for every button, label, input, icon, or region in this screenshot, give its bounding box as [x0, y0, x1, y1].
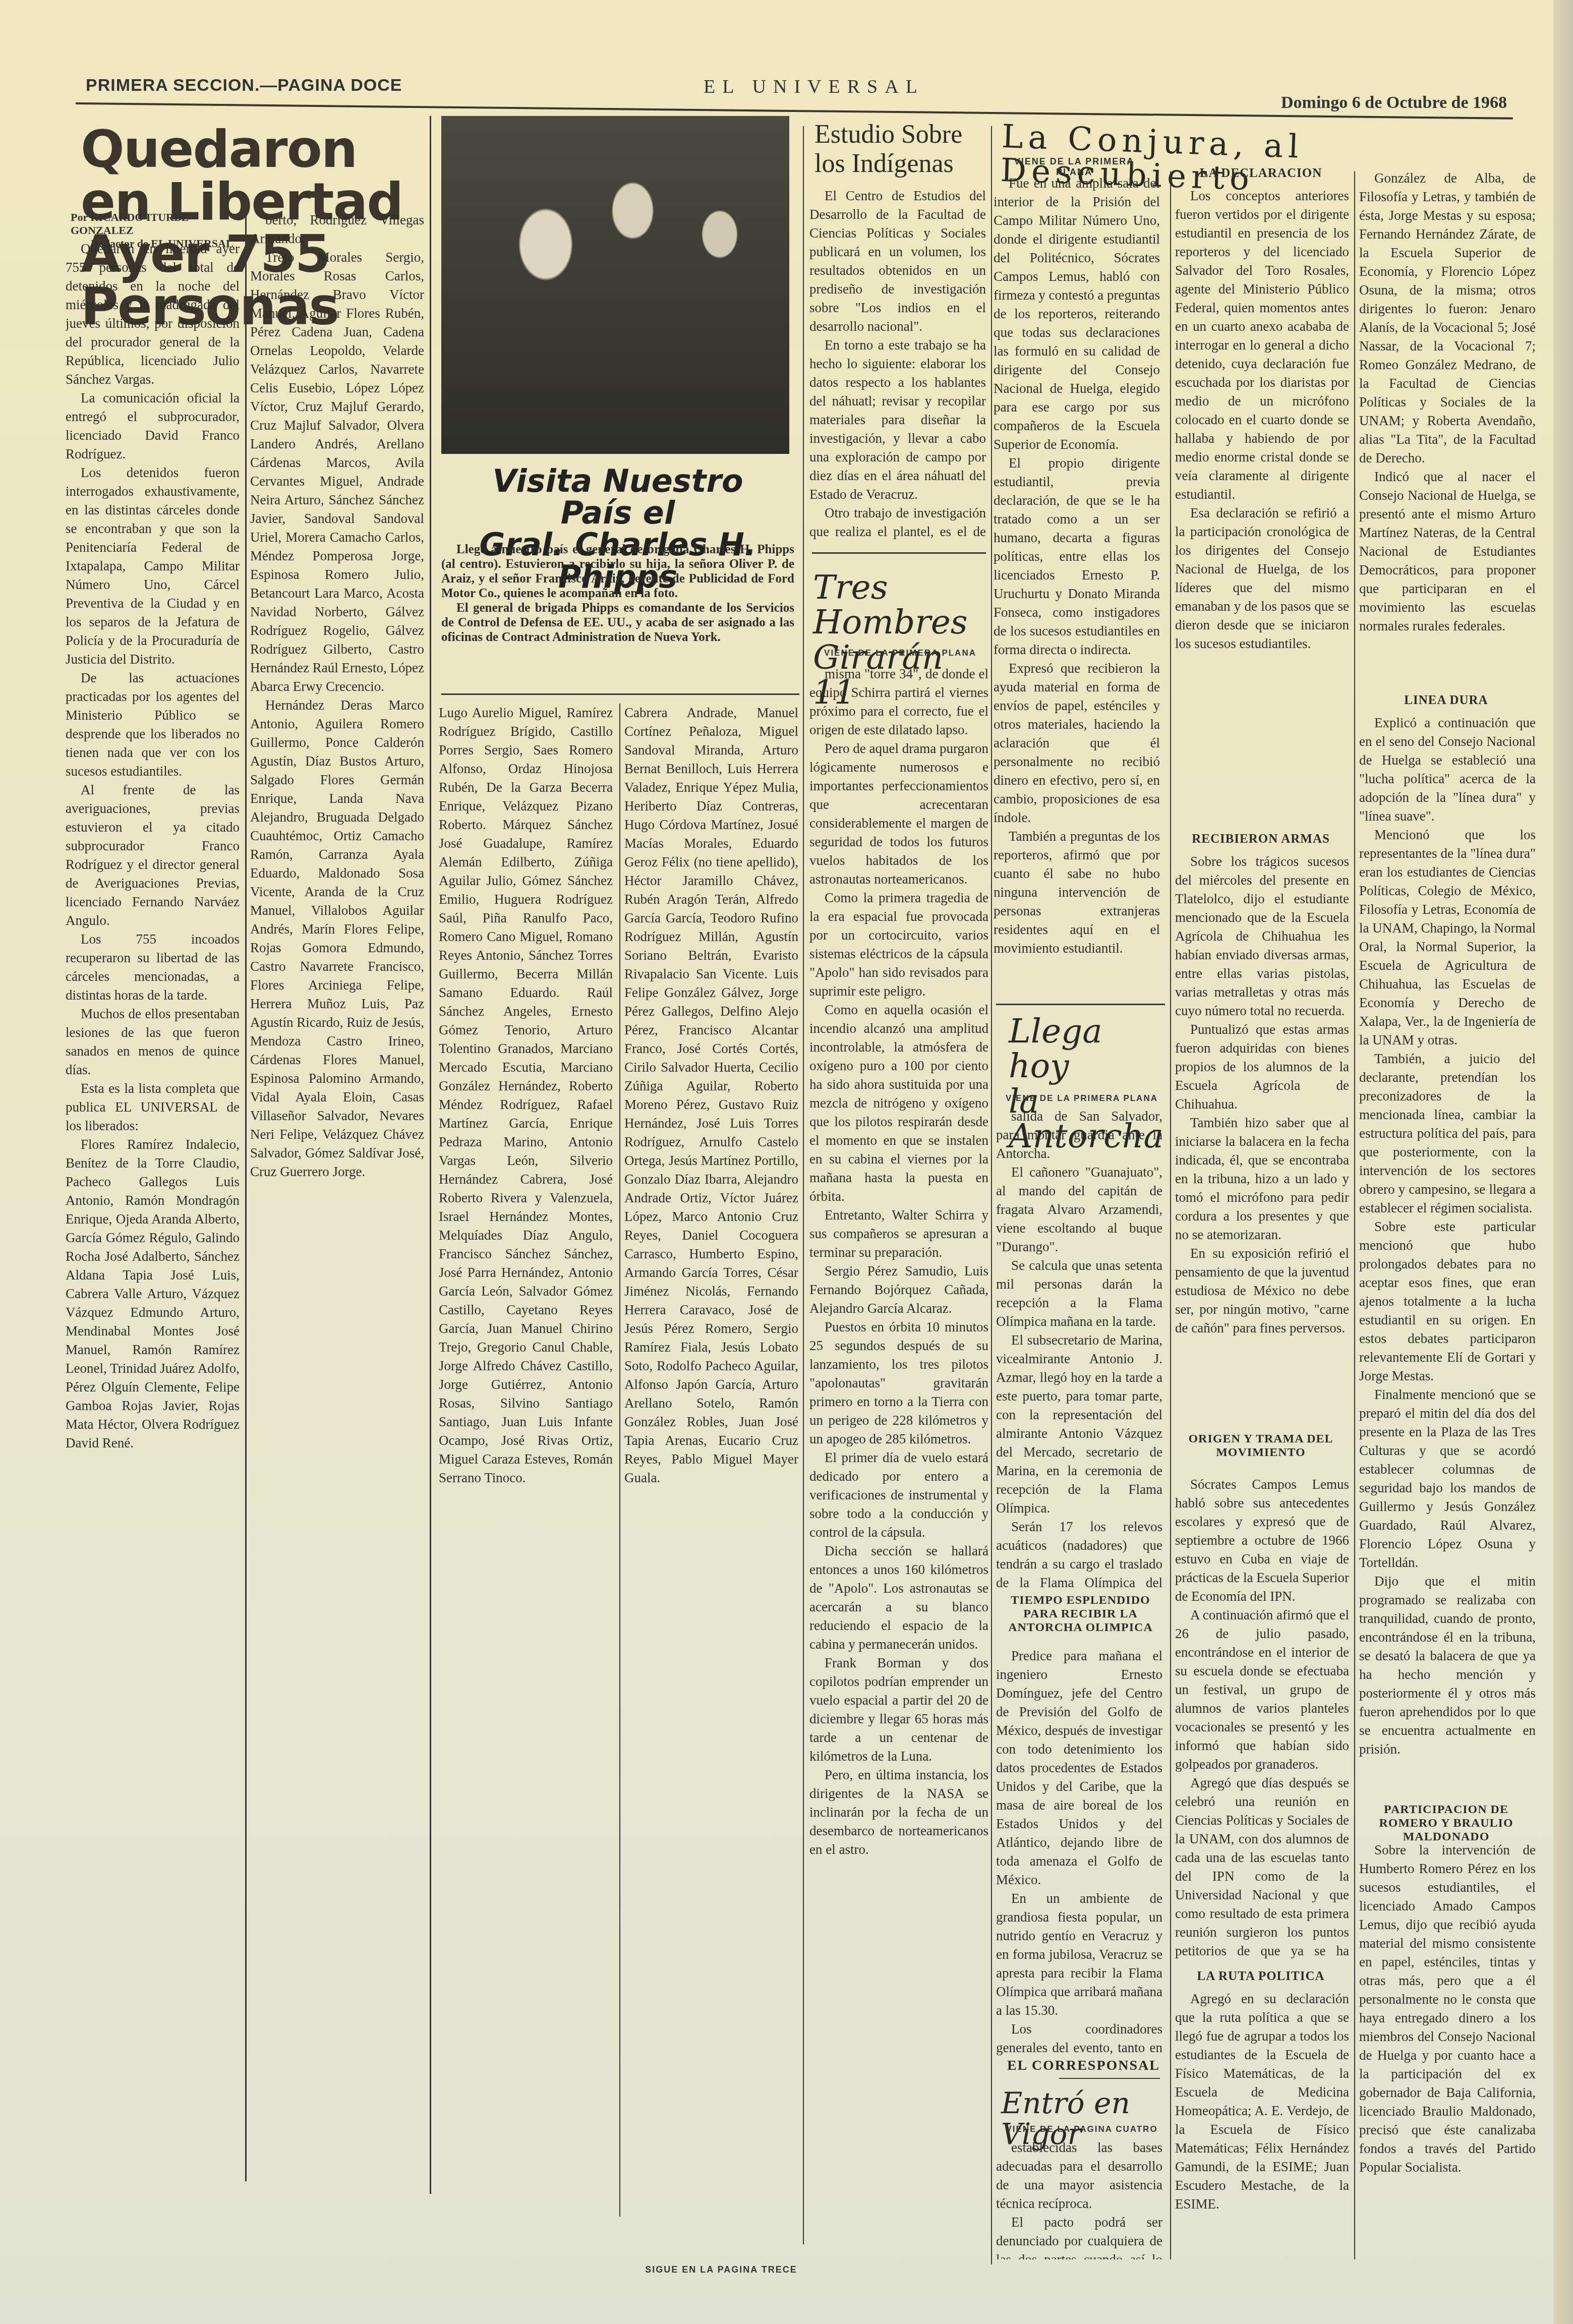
subhead-romero: PARTICIPACION DE ROMERO Y BRAULIO MALDON… [1359, 1803, 1533, 1844]
column-rule [1170, 171, 1171, 2259]
paragraph: Los 755 incoados recuperaron su libertad… [66, 930, 240, 1005]
headline-line: Visita Nuestro País el [454, 465, 782, 529]
headline-line: Estudio Sobre [814, 120, 996, 149]
section-rule [996, 1004, 1165, 1005]
issue-date: Domingo 6 de Octubre de 1968 [1281, 93, 1507, 112]
liberated-column-2: berto, Rodríguez Villegas Armando.Trejo … [250, 211, 424, 2168]
paragraph: En torno a este trabajo se ha hecho lo s… [809, 336, 986, 504]
page-edge [1553, 0, 1573, 2324]
paragraph: Se calcula que unas setenta mil personas… [996, 1256, 1162, 1331]
paragraph: Fue en una amplia sala del interior de l… [994, 174, 1160, 454]
paragraph: Serán 17 los relevos acuáticos (nadadore… [996, 1518, 1162, 1589]
paragraph: El pacto podrá ser denunciado por cualqu… [996, 2213, 1162, 2259]
conjura-column-1: Fue en una amplia sala del interior de l… [994, 174, 1160, 991]
list-column-b: Cabrera Andrade, Manuel Cortínez Peñaloz… [624, 704, 798, 2217]
section-rule [1059, 2078, 1160, 2079]
armas-body: Sobre los trágicos sucesos del miércoles… [1175, 852, 1349, 1427]
paragraph: Frank Borman y dos copilotos podrían emp… [809, 1654, 988, 1766]
section-rule [812, 552, 986, 554]
paragraph: Predice para mañana el ingeniero Ernesto… [996, 1647, 1162, 1889]
paragraph: berto, Rodríguez Villegas Armando. [250, 211, 424, 248]
paragraph: Quedaron en libertad ayer 755 personas d… [66, 240, 240, 389]
paragraph: establecidas las bases adecuadas para el… [996, 2138, 1162, 2213]
paragraph: Sobre los trágicos sucesos del miércoles… [1175, 852, 1349, 1020]
subhead-origen: ORIGEN Y TRAMA DEL MOVIMIENTO [1175, 1432, 1347, 1460]
paragraph: En un ambiente de grandiosa fiesta popul… [996, 1889, 1162, 2020]
ruta-body: Agregó en su declaración que la ruta pol… [1175, 1990, 1349, 2262]
paragraph: Pero de aquel drama purgaron lógicamente… [809, 739, 988, 889]
column-rule [430, 116, 431, 2194]
column-rule [245, 209, 247, 2181]
subhead-linea-dura: LINEA DURA [1359, 693, 1533, 708]
paragraph: Expresó que recibieron la ayuda material… [994, 659, 1160, 827]
paragraph: Puestos en órbita 10 minutos 25 segundos… [809, 1318, 988, 1448]
paragraph: Otro trabajo de investigación que realiz… [809, 504, 986, 540]
paragraph: También a preguntas de los reporteros, a… [994, 827, 1160, 958]
paragraph: Como la primera tragedia de la era espac… [809, 889, 988, 1001]
paragraph: Trejo Morales Sergio, Morales Rosas Carl… [250, 248, 424, 696]
paragraph: Flores Ramírez Indalecio, Benítez de la … [66, 1135, 240, 1452]
paragraph: Esa declaración se refirió a la particip… [1175, 504, 1349, 653]
paragraph: Puntualizó que estas armas fueron adquir… [1175, 1020, 1349, 1114]
paragraph: El subsecretario de Marina, vicealmirant… [996, 1331, 1162, 1518]
liberated-column-1: Quedaron en libertad ayer 755 personas d… [66, 240, 240, 2156]
paragraph: misma "torre 34", de donde el equipo Sch… [809, 665, 988, 739]
conjura-column-3: González de Alba, de Filosofía y Letras,… [1359, 169, 1536, 688]
subhead-declaracion: LA DECLARACION [1175, 166, 1347, 181]
paragraph: Sócrates Campos Lemus habló sobre sus an… [1175, 1475, 1349, 1606]
kicker-antorcha: VIENE DE LA PRIMERA PLANA [1001, 1093, 1162, 1103]
paragraph: Como en aquella ocasión el incendio alca… [809, 1001, 988, 1206]
headline-line: los Indígenas [814, 149, 996, 179]
paragraph: Llegó a nuestro país el general de briga… [441, 542, 794, 601]
section-folio: PRIMERA SECCION.—PAGINA DOCE [86, 76, 402, 95]
kicker-vigor: VIENE DE LA PAGINA CUATRO [1001, 2124, 1162, 2134]
column-rule [619, 704, 620, 2217]
paragraph: También hizo saber que al iniciarse la b… [1175, 1114, 1349, 1244]
subhead-weather: TIEMPO ESPLENDIDO PARA RECIBIR LA ANTORC… [996, 1594, 1165, 1635]
paragraph: El cañonero "Guanajuato", al mando del c… [996, 1163, 1162, 1256]
byline-name: Por RICARDO ITURBE GONZALEZ [71, 211, 242, 237]
paragraph: El primer día de vuelo estará dedicado p… [809, 1448, 988, 1542]
subhead-armas: RECIBIERON ARMAS [1175, 832, 1347, 846]
paragraph: Dijo que el mitin programado se realizab… [1359, 1572, 1536, 1759]
paragraph: En su exposición refirió el pensamiento … [1175, 1244, 1349, 1338]
romero-body: Sobre la intervención de Humberto Romero… [1359, 1841, 1536, 2264]
headline-line: Llega hoy [1009, 1014, 1165, 1084]
column-rule [991, 126, 992, 2264]
paragraph: De las actuaciones practicadas por los a… [66, 669, 240, 781]
signature: EL CORRESPONSAL [999, 2058, 1160, 2074]
paragraph: También, a juicio del declarante, preten… [1359, 1050, 1536, 1217]
paragraph: Hernández Deras Marco Antonio, Aguilera … [250, 696, 424, 1181]
paragraph: Al frente de las averiguaciones, previas… [66, 781, 240, 930]
kicker-tres-hombres: VIENE DE LA PRIMERA PLANA [809, 648, 991, 658]
paragraph: Pero, en última instancia, los dirigente… [809, 1766, 988, 1859]
jump-line: SIGUE EN LA PAGINA TRECE [635, 2264, 807, 2275]
column-rule [803, 126, 804, 2244]
paragraph: Entretanto, Walter Schirra y sus compañe… [809, 1206, 988, 1262]
paragraph: La comunicación oficial la entregó el su… [66, 389, 240, 463]
paragraph: Los detenidos fueron interrogados exhaus… [66, 463, 240, 669]
photo-caption: Llegó a nuestro país el general de briga… [441, 542, 794, 683]
paragraph: Muchos de ellos presentaban lesiones de … [66, 1005, 240, 1079]
conjura-column-2: Los conceptos anteriores fueron vertidos… [1175, 187, 1349, 825]
paragraph: Los coordinadores generales del evento, … [996, 2020, 1162, 2055]
paragraph: Sobre este particular mencionó que hubo … [1359, 1217, 1536, 1385]
paragraph: Mencionó que los representantes de la "l… [1359, 826, 1536, 1050]
caption-rule [441, 693, 799, 695]
paragraph: A continuación afirmó que el 26 de julio… [1175, 1606, 1349, 1774]
paragraph: Sobre la intervención de Humberto Romero… [1359, 1841, 1536, 2177]
tres-hombres-body: misma "torre 34", de donde el equipo Sch… [809, 665, 988, 2226]
masthead: EL UNIVERSAL [704, 76, 924, 98]
paragraph: Finalmente mencionó que se preparó el mi… [1359, 1385, 1536, 1572]
antorcha-body: salida de San Salvador, para montar guar… [996, 1107, 1162, 1589]
paragraph: Esta es la lista completa que publica EL… [66, 1079, 240, 1135]
paragraph: Dicha sección se hallará entonces a unos… [809, 1542, 988, 1654]
headline-line: Tres Hombres [813, 570, 995, 640]
news-photo-phipps [441, 116, 789, 454]
paragraph: Agregó que días después se celebró una r… [1175, 1774, 1349, 1964]
paragraph: González de Alba, de Filosofía y Letras,… [1359, 169, 1536, 468]
paragraph: Explicó a continuación que en el seno de… [1359, 714, 1536, 826]
linea-dura-body: Explicó a continuación que en el seno de… [1359, 714, 1536, 1798]
paragraph: salida de San Salvador, para montar guar… [996, 1107, 1162, 1163]
list-column-a: Lugo Aurelio Miguel, Ramírez Rodríguez B… [439, 704, 613, 2217]
origen-body: Sócrates Campos Lemus habló sobre sus an… [1175, 1475, 1349, 1964]
paragraph: El general de brigada Phipps es comandan… [441, 601, 794, 645]
vigor-body: establecidas las bases adecuadas para el… [996, 2138, 1162, 2259]
indigenas-body: El Centro de Estudios del Desarrollo de … [809, 187, 986, 540]
column-rule [1354, 171, 1355, 2259]
paragraph: Indicó que al nacer el Consejo Nacional … [1359, 468, 1536, 635]
paragraph: El propio dirigente estudiantil, previa … [994, 454, 1160, 659]
paragraph: Sergio Pérez Samudio, Luis Fernando Bojó… [809, 1262, 988, 1318]
paragraph: El Centro de Estudios del Desarrollo de … [809, 187, 986, 336]
weather-body: Predice para mañana el ingeniero Ernesto… [996, 1647, 1162, 2055]
subhead-ruta: LA RUTA POLITICA [1175, 1969, 1347, 1984]
headline-indigenas: Estudio Sobre los Indígenas [814, 120, 996, 179]
paragraph: Los conceptos anteriores fueron vertidos… [1175, 187, 1349, 504]
paragraph: Agregó en su declaración que la ruta pol… [1175, 1990, 1349, 2214]
